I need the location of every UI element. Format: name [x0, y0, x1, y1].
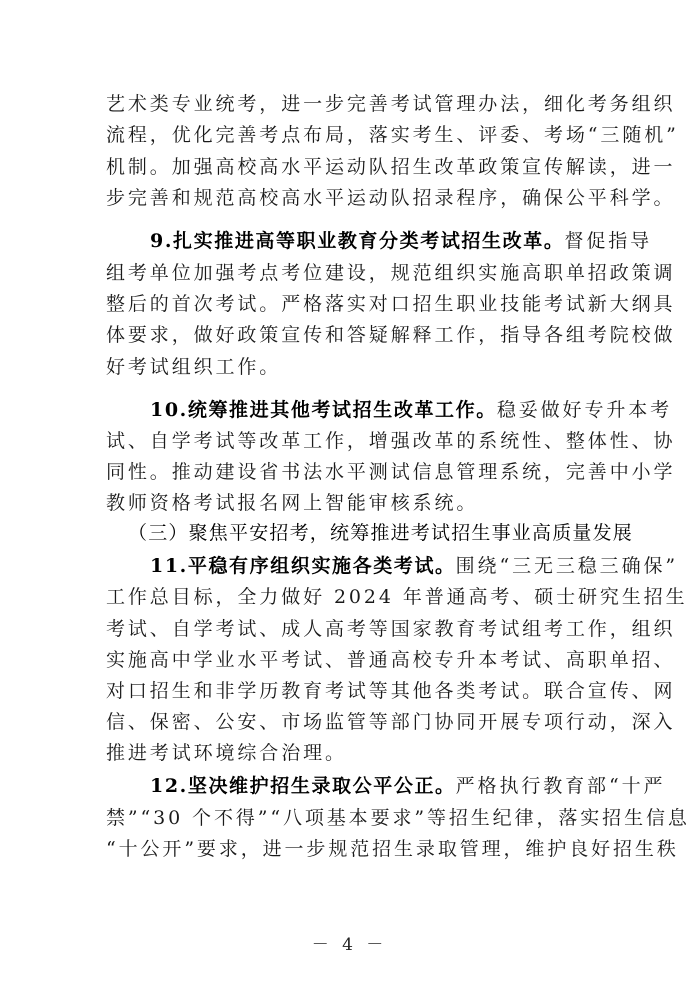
body-line: 体要求，做好政策宣传和答疑解释工作，指导各组考院校做 — [106, 323, 596, 347]
page-number: － 4 － — [0, 930, 699, 955]
item-9-text: 督促指导 — [564, 230, 652, 252]
body-line: 步完善和规范高校高水平运动队招录程序，确保公平科学。 — [106, 186, 596, 210]
body-line: 实施高中学业水平考试、普通高校专升本考试、高职单招、 — [106, 648, 596, 672]
body-line: 好考试组织工作。 — [106, 355, 596, 379]
body-line: 艺术类专业统考，进一步完善考试管理办法，细化考务组织 — [106, 92, 596, 116]
body-line: “十公开”要求，进一步规范招生录取管理，维护良好招生秩 — [106, 837, 596, 861]
body-line: 机制。加强高校高水平运动队招生改革政策宣传解读，进一 — [106, 155, 596, 179]
body-line: 同性。推动建设省书法水平测试信息管理系统，完善中小学 — [106, 460, 596, 484]
item-12-heading: 12.坚决维护招生录取公平公正。 — [150, 775, 456, 797]
body-line: 禁”“30 个不得”“八项基本要求”等招生纪律，落实招生信息 — [106, 806, 596, 830]
item-11-first-line: 11.平稳有序组织实施各类考试。围绕“三无三稳三确保” — [150, 554, 596, 578]
item-9-first-line: 9.扎实推进高等职业教育分类考试招生改革。督促指导 — [150, 229, 596, 253]
item-12-text: 严格执行教育部“十严 — [456, 775, 666, 797]
item-12-first-line: 12.坚决维护招生录取公平公正。严格执行教育部“十严 — [150, 774, 596, 798]
body-line: 组考单位加强考点考位建设，规范组织实施高职单招政策调 — [106, 261, 596, 285]
item-11-heading: 11.平稳有序组织实施各类考试。 — [150, 555, 456, 577]
body-line: 工作总目标，全力做好 2024 年普通高考、硕士研究生招生 — [106, 585, 596, 609]
body-line: 整后的首次考试。严格落实对口招生职业技能考试新大纲具 — [106, 292, 596, 316]
body-line: 教师资格考试报名网上智能审核系统。 — [106, 491, 596, 515]
item-11-text: 围绕“三无三稳三确保” — [456, 555, 678, 577]
section-heading: （三）聚焦平安招考，统筹推进考试招生事业高质量发展 — [128, 521, 598, 545]
item-10-text: 稳妥做好专升本考 — [497, 399, 672, 421]
item-10-heading: 10.统筹推进其他考试招生改革工作。 — [150, 399, 497, 421]
item-9-heading: 9.扎实推进高等职业教育分类考试招生改革。 — [150, 230, 564, 252]
body-line: 考试、自学考试、成人高考等国家教育考试组考工作，组织 — [106, 617, 596, 641]
body-line: 推进考试环境综合治理。 — [106, 741, 596, 765]
body-line: 流程，优化完善考点布局，落实考生、评委、考场“三随机” — [106, 123, 596, 147]
body-line: 信、保密、公安、市场监管等部门协同开展专项行动，深入 — [106, 710, 596, 734]
body-line: 对口招生和非学历教育考试等其他各类考试。联合宣传、网 — [106, 679, 596, 703]
body-line: 试、自学考试等改革工作，增强改革的系统性、整体性、协 — [106, 429, 596, 453]
document-page: 艺术类专业统考，进一步完善考试管理办法，细化考务组织 流程，优化完善考点布局，落… — [0, 0, 699, 988]
item-10-first-line: 10.统筹推进其他考试招生改革工作。稳妥做好专升本考 — [150, 398, 596, 422]
